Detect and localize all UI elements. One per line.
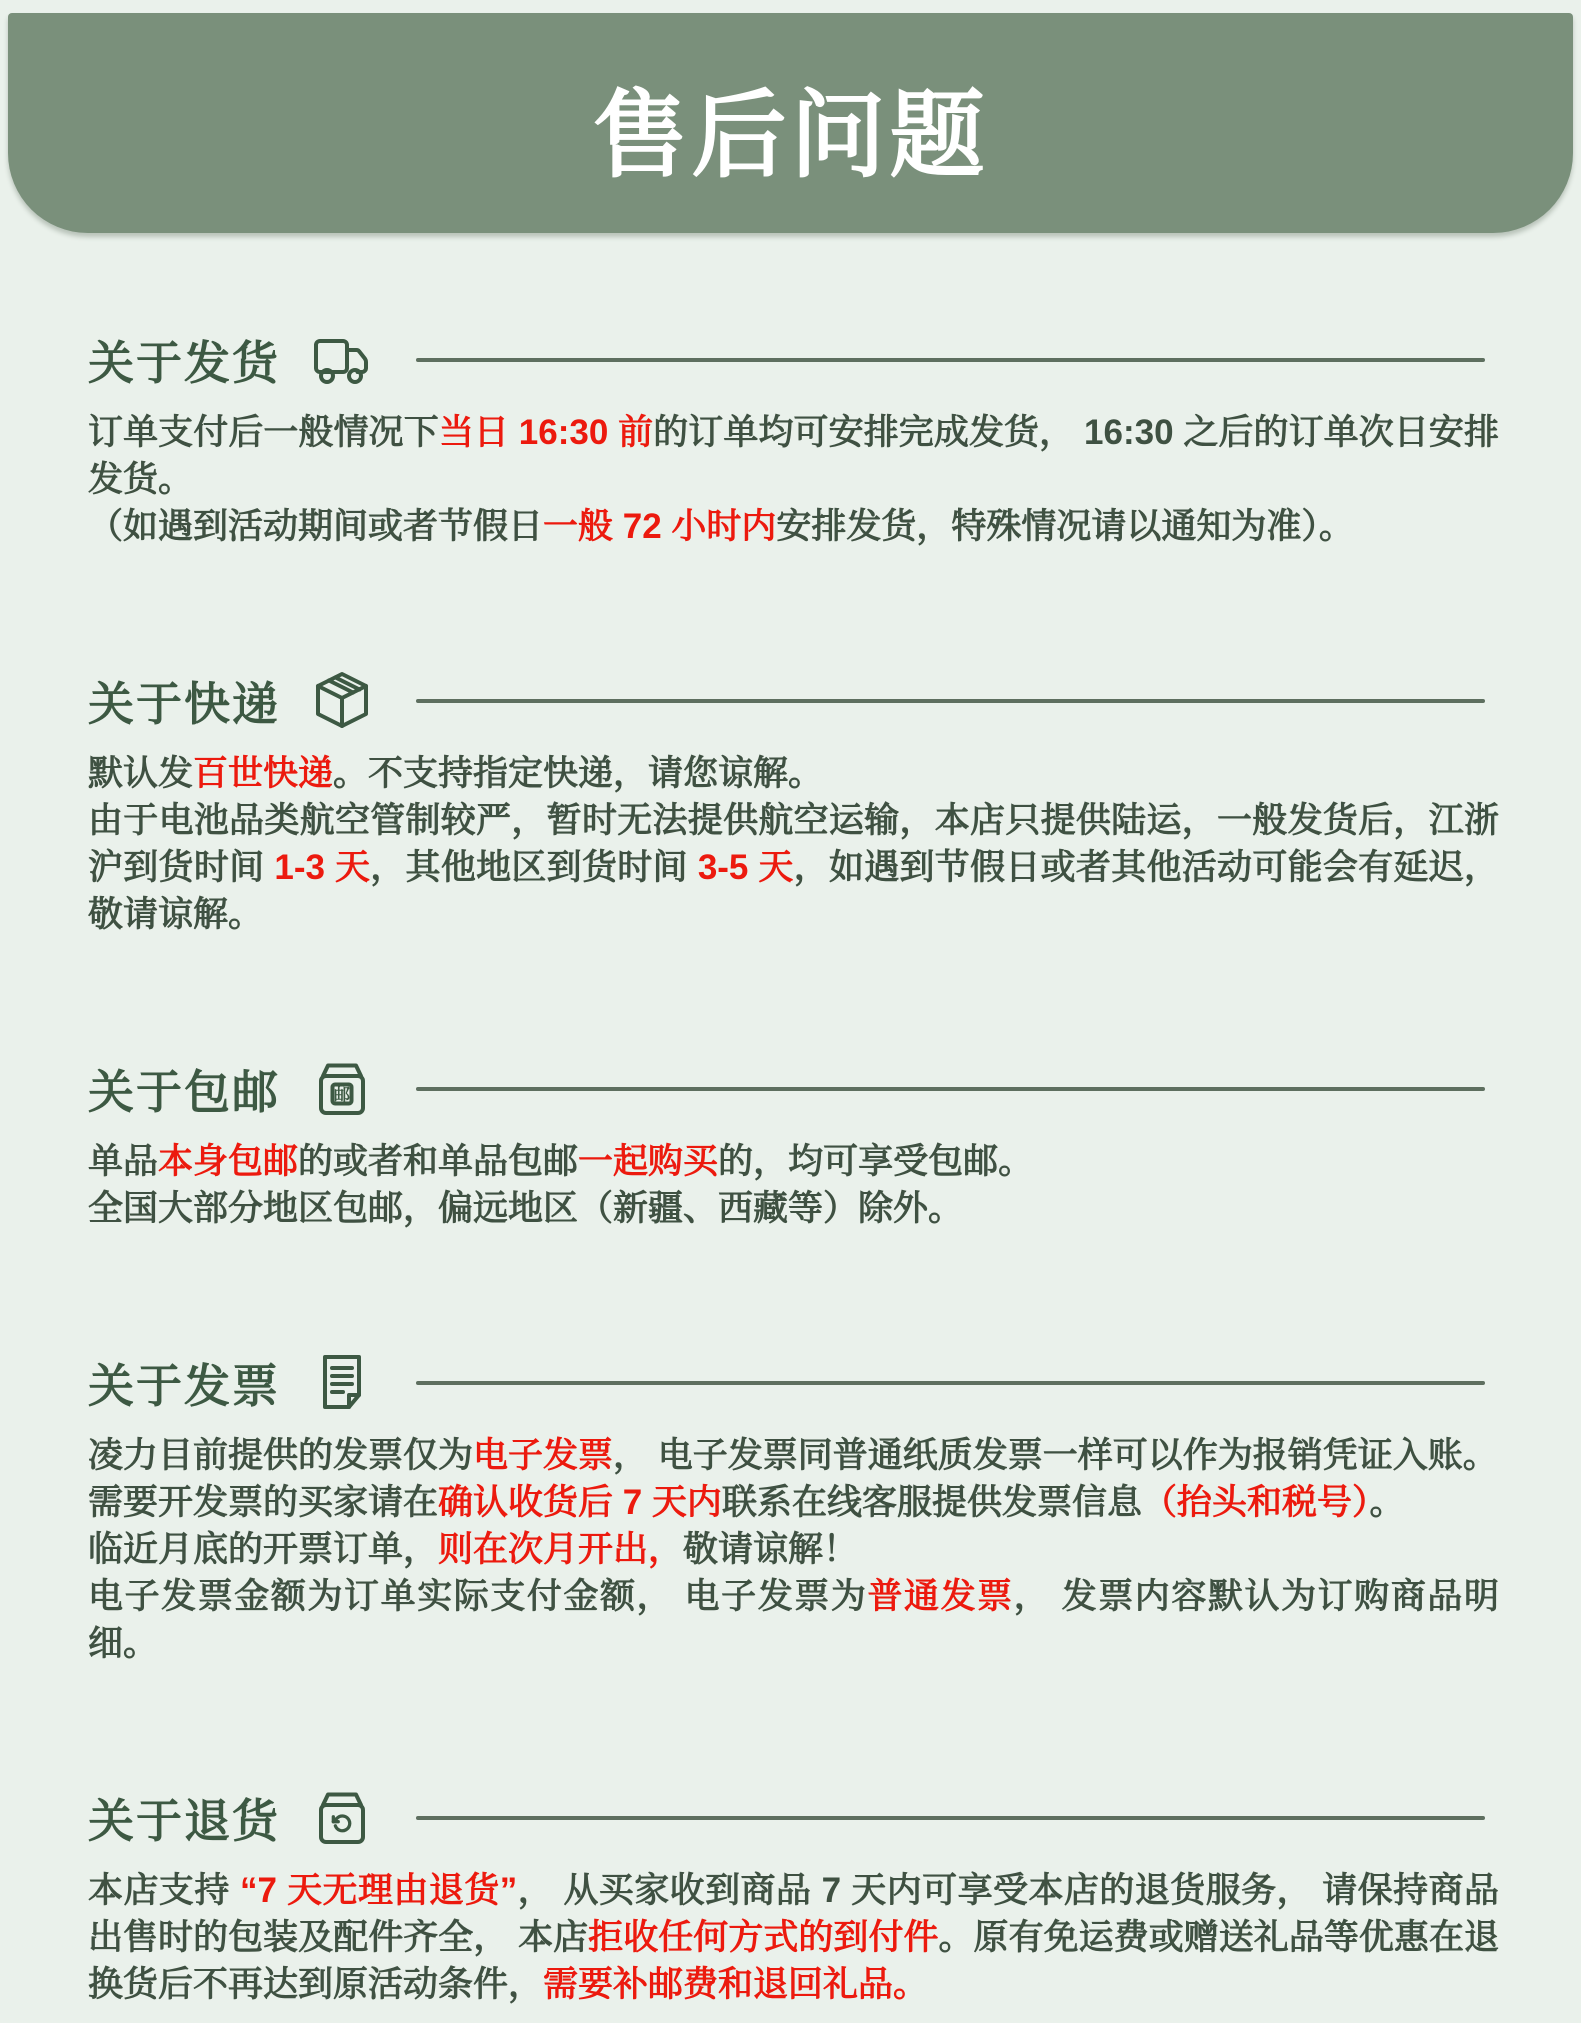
after-sales-content: 关于发货 订单支付后一般情况下当日 16:30 前的订单均可安排完成发货， 16… [0,327,1581,2008]
highlighted-text: 则在次月开出， [438,1530,683,1569]
page-title: 售后问题 [592,50,988,196]
highlighted-text: （抬头和税号） [1142,1483,1370,1522]
paragraph: 本店支持 “7 天无理由退货”， 从买家收到商品 7 天内可享受本店的退货服务，… [88,1867,1499,2008]
body-text: 凌力目前提供的发票仅为 [88,1436,473,1475]
section-title: 关于包邮 [88,1056,280,1122]
mail-package-icon: 邮 [310,1057,374,1121]
highlighted-text: 一般 72 小时内 [543,507,776,546]
body-text: 需要开发票的买家请在 [88,1483,438,1522]
section-returns: 关于退货 本店支持 “7 天无理由退货”， 从买家收到商品 7 天内可享受本店的… [88,1785,1499,2008]
section-title: 关于发货 [88,327,280,393]
body-text: （如遇到活动期间或者节假日 [88,507,543,546]
highlighted-text: 普通发票 [867,1577,1013,1616]
body-text: 的或者和单品包邮 [298,1142,578,1181]
highlighted-text: 需要补邮费和退回礼品。 [543,1965,928,2004]
body-text: 临近月底的开票订单， [88,1530,438,1569]
body-text: 全国大部分地区包邮，偏远地区（新疆、西藏等）除外。 [88,1189,963,1228]
body-text: 。不支持指定快递，请您谅解。 [333,754,823,793]
paragraph: 订单支付后一般情况下当日 16:30 前的订单均可安排完成发货， 16:30 之… [88,409,1499,503]
page-header-banner: 售后问题 [8,13,1573,233]
section-courier-body: 默认发百世快递。不支持指定快递，请您谅解。由于电池品类航空管制较严，暂时无法提供… [88,750,1499,938]
highlighted-text: 1-3 天 [274,848,370,887]
section-title: 关于发票 [88,1350,280,1416]
section-invoice-header: 关于发票 [88,1350,1499,1416]
body-text: ， 电子发票同普通纸质发票一样可以作为报销凭证入账。 [613,1436,1498,1475]
body-text: 敬请谅解！ [683,1530,858,1569]
body-text: ，其他地区到货时间 [370,848,698,887]
highlighted-text: 电子发票 [473,1436,613,1475]
section-courier: 关于快递 默认发百世快递。不支持指定快递，请您谅解。由于电池品类航空管制较严，暂… [88,668,1499,938]
paragraph: 需要开发票的买家请在确认收货后 7 天内联系在线客服提供发票信息（抬头和税号）。 [88,1479,1499,1526]
body-text: 安排发货，特殊情况请以通知为准）。 [776,507,1354,546]
section-free-shipping-body: 单品本身包邮的或者和单品包邮一起购买的，均可享受包邮。全国大部分地区包邮，偏远地… [88,1138,1499,1232]
divider-line [416,1087,1485,1091]
paragraph: （如遇到活动期间或者节假日一般 72 小时内安排发货，特殊情况请以通知为准）。 [88,503,1499,550]
section-returns-header: 关于退货 [88,1785,1499,1851]
body-text: 的，均可享受包邮。 [718,1142,1033,1181]
section-invoice: 关于发票 凌力目前提供的发票仅为电子发票， 电子发票同普通纸质发票一样可以作为报… [88,1350,1499,1667]
section-title: 关于退货 [88,1785,280,1851]
paragraph: 凌力目前提供的发票仅为电子发票， 电子发票同普通纸质发票一样可以作为报销凭证入账… [88,1432,1499,1479]
body-text: 联系在线客服提供发票信息 [722,1483,1142,1522]
body-text: 本店支持 [88,1871,240,1910]
invoice-icon [310,1351,374,1415]
highlighted-text: 一起购买 [578,1142,718,1181]
highlighted-text: “7 天无理由退货” [240,1871,517,1910]
section-returns-body: 本店支持 “7 天无理由退货”， 从买家收到商品 7 天内可享受本店的退货服务，… [88,1867,1499,2008]
paragraph: 电子发票金额为订单实际支付金额， 电子发票为普通发票， 发票内容默认为订购商品明… [88,1573,1499,1667]
return-box-icon [310,1786,374,1850]
section-shipping-body: 订单支付后一般情况下当日 16:30 前的订单均可安排完成发货， 16:30 之… [88,409,1499,550]
divider-line [416,699,1485,703]
truck-icon [310,328,374,392]
divider-line [416,1381,1485,1385]
paragraph: 默认发百世快递。不支持指定快递，请您谅解。 [88,750,1499,797]
section-shipping: 关于发货 订单支付后一般情况下当日 16:30 前的订单均可安排完成发货， 16… [88,327,1499,550]
highlighted-text: 确认收货后 7 天内 [438,1483,722,1522]
paragraph: 临近月底的开票订单，则在次月开出，敬请谅解！ [88,1526,1499,1573]
section-shipping-header: 关于发货 [88,327,1499,393]
section-invoice-body: 凌力目前提供的发票仅为电子发票， 电子发票同普通纸质发票一样可以作为报销凭证入账… [88,1432,1499,1667]
paragraph: 单品本身包邮的或者和单品包邮一起购买的，均可享受包邮。 [88,1138,1499,1185]
section-free-shipping-header: 关于包邮 邮 [88,1056,1499,1122]
section-courier-header: 关于快递 [88,668,1499,734]
highlighted-text: 百世快递 [193,754,333,793]
body-text: 单品 [88,1142,158,1181]
body-text: 。 [1369,1483,1404,1522]
body-text: 默认发 [88,754,193,793]
divider-line [416,1816,1485,1820]
paragraph: 由于电池品类航空管制较严，暂时无法提供航空运输，本店只提供陆运，一般发货后，江浙… [88,797,1499,938]
svg-text:邮: 邮 [334,1085,350,1104]
section-free-shipping: 关于包邮 邮 单品本身包邮的或者和单品包邮一起购买的，均可享受包邮。全国大部分地… [88,1056,1499,1232]
divider-line [416,358,1485,362]
paragraph: 全国大部分地区包邮，偏远地区（新疆、西藏等）除外。 [88,1185,1499,1232]
body-text: 订单支付后一般情况下 [88,413,439,452]
highlighted-text: 拒收任何方式的到付件 [588,1918,938,1957]
package-icon [310,669,374,733]
highlighted-text: 本身包邮 [158,1142,298,1181]
highlighted-text: 3-5 天 [698,848,794,887]
highlighted-text: 当日 16:30 前 [439,413,653,452]
body-text: 电子发票金额为订单实际支付金额， 电子发票为 [88,1577,867,1616]
section-title: 关于快递 [88,668,280,734]
